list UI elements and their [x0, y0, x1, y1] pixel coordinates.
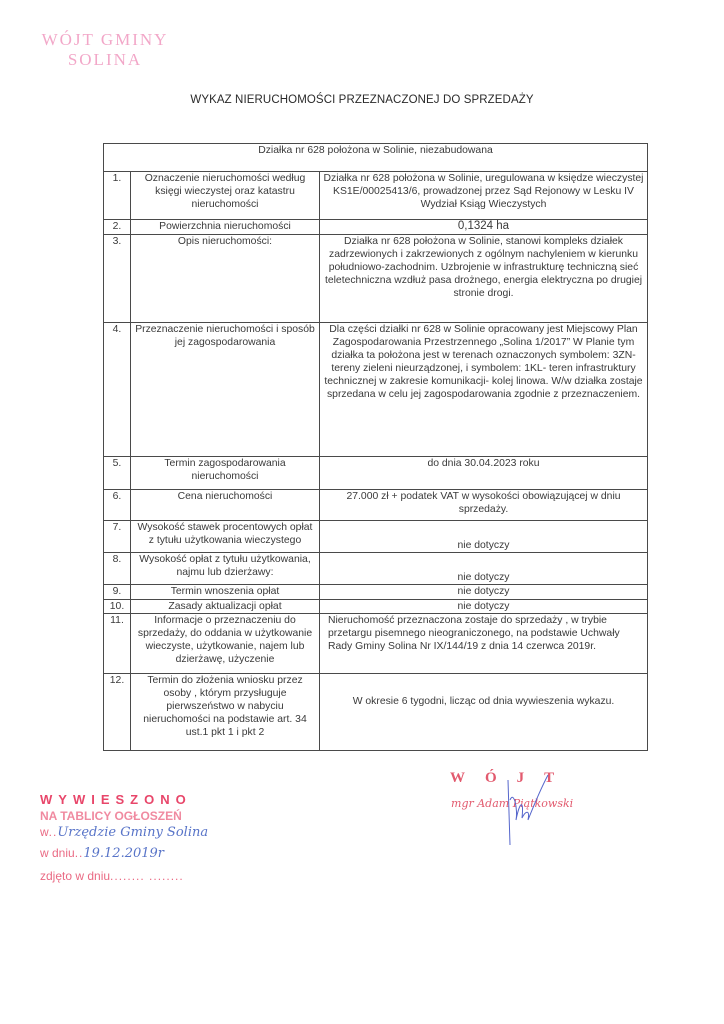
row-value: nie dotyczy: [320, 600, 648, 614]
posted-date-prefix: w dniu: [40, 846, 75, 860]
stamp-line-2: SOLINA: [30, 50, 180, 70]
row-number: 4.: [104, 323, 131, 457]
row-value: Działka nr 628 położona w Solinie, uregu…: [320, 172, 648, 220]
row-label: Oznaczenie nieruchomości według księgi w…: [131, 172, 320, 220]
row-value: do dnia 30.04.2023 roku: [320, 457, 648, 490]
row-label: Powierzchnia nieruchomości: [131, 220, 320, 235]
row-value: nie dotyczy: [320, 553, 648, 585]
official-stamp-top: WÓJT GMINY SOLINA: [30, 30, 180, 70]
row-value: nie dotyczy: [320, 585, 648, 600]
table-row: 2. Powierzchnia nieruchomości 0,1324 ha: [104, 220, 648, 235]
signature-icon: [500, 770, 560, 850]
document-title: WYKAZ NIERUCHOMOŚCI PRZEZNACZONEJ DO SPR…: [0, 94, 724, 106]
posted-stamp-title: WYWIESZONO: [40, 792, 208, 808]
posted-place-prefix: w: [40, 825, 49, 839]
removed-date-dots: ........ ........: [110, 869, 184, 883]
table-row: 9. Termin wnoszenia opłat nie dotyczy: [104, 585, 648, 600]
stamp-line-1: WÓJT GMINY: [30, 30, 180, 50]
table-row: 1. Oznaczenie nieruchomości według księg…: [104, 172, 648, 220]
table-row: 7. Wysokość stawek procentowych opłat z …: [104, 521, 648, 553]
table-row: 12. Termin do złożenia wniosku przez oso…: [104, 674, 648, 751]
row-number: 2.: [104, 220, 131, 235]
row-label: Zasady aktualizacji opłat: [131, 600, 320, 614]
table-row: 4. Przeznaczenie nieruchomości i sposób …: [104, 323, 648, 457]
row-label: Termin do złożenia wniosku przez osoby ,…: [131, 674, 320, 751]
row-label: Termin wnoszenia opłat: [131, 585, 320, 600]
row-value: 27.000 zł + podatek VAT w wysokości obow…: [320, 490, 648, 521]
row-number: 11.: [104, 614, 131, 674]
row-label: Wysokość opłat z tytułu użytkowania, naj…: [131, 553, 320, 585]
row-value: Nieruchomość przeznaczona zostaje do spr…: [320, 614, 648, 674]
row-value: W okresie 6 tygodni, licząc od dnia wywi…: [320, 674, 648, 751]
property-table: Działka nr 628 położona w Solinie, nieza…: [103, 143, 648, 751]
row-label: Wysokość stawek procentowych opłat z tyt…: [131, 521, 320, 553]
table-row: 6. Cena nieruchomości 27.000 zł + podate…: [104, 490, 648, 521]
posted-stamp: WYWIESZONO NA TABLICY OGŁOSZEŃ w..Urzędz…: [40, 792, 208, 884]
row-label: Cena nieruchomości: [131, 490, 320, 521]
row-number: 6.: [104, 490, 131, 521]
removed-date-line: zdjęto w dniu........ ........: [40, 868, 208, 884]
row-value: Dla części działki nr 628 w Solinie opra…: [320, 323, 648, 457]
table-row: 11. Informacje o przeznaczeniu do sprzed…: [104, 614, 648, 674]
row-label: Przeznaczenie nieruchomości i sposób jej…: [131, 323, 320, 457]
row-number: 8.: [104, 553, 131, 585]
posted-place-line: w..Urzędzie Gminy Solina: [40, 824, 208, 841]
table-row: 8. Wysokość opłat z tytułu użytkowania, …: [104, 553, 648, 585]
row-value: Działka nr 628 położona w Solinie, stano…: [320, 235, 648, 323]
row-number: 5.: [104, 457, 131, 490]
row-number: 10.: [104, 600, 131, 614]
table-row: 10. Zasady aktualizacji opłat nie dotycz…: [104, 600, 648, 614]
row-label: Informacje o przeznaczeniu do sprzedaży,…: [131, 614, 320, 674]
row-value: 0,1324 ha: [320, 220, 648, 235]
row-number: 12.: [104, 674, 131, 751]
row-label: Opis nieruchomości:: [131, 235, 320, 323]
row-number: 7.: [104, 521, 131, 553]
row-number: 3.: [104, 235, 131, 323]
posted-place-handwritten: Urzędzie Gminy Solina: [57, 825, 208, 840]
row-label: Termin zagospodarowania nieruchomości: [131, 457, 320, 490]
table-header: Działka nr 628 położona w Solinie, nieza…: [104, 144, 648, 172]
table-row: 5. Termin zagospodarowania nieruchomości…: [104, 457, 648, 490]
removed-date-prefix: zdjęto w dniu: [40, 869, 110, 883]
row-number: 1.: [104, 172, 131, 220]
row-value: nie dotyczy: [320, 521, 648, 553]
posted-date-handwritten: 19.12.2019r: [83, 846, 164, 861]
posted-date-line: w dniu..19.12.2019r: [40, 845, 208, 862]
table-header-row: Działka nr 628 położona w Solinie, nieza…: [104, 144, 648, 172]
posted-stamp-subtitle: NA TABLICY OGŁOSZEŃ: [40, 808, 208, 824]
table-row: 3. Opis nieruchomości: Działka nr 628 po…: [104, 235, 648, 323]
row-number: 9.: [104, 585, 131, 600]
